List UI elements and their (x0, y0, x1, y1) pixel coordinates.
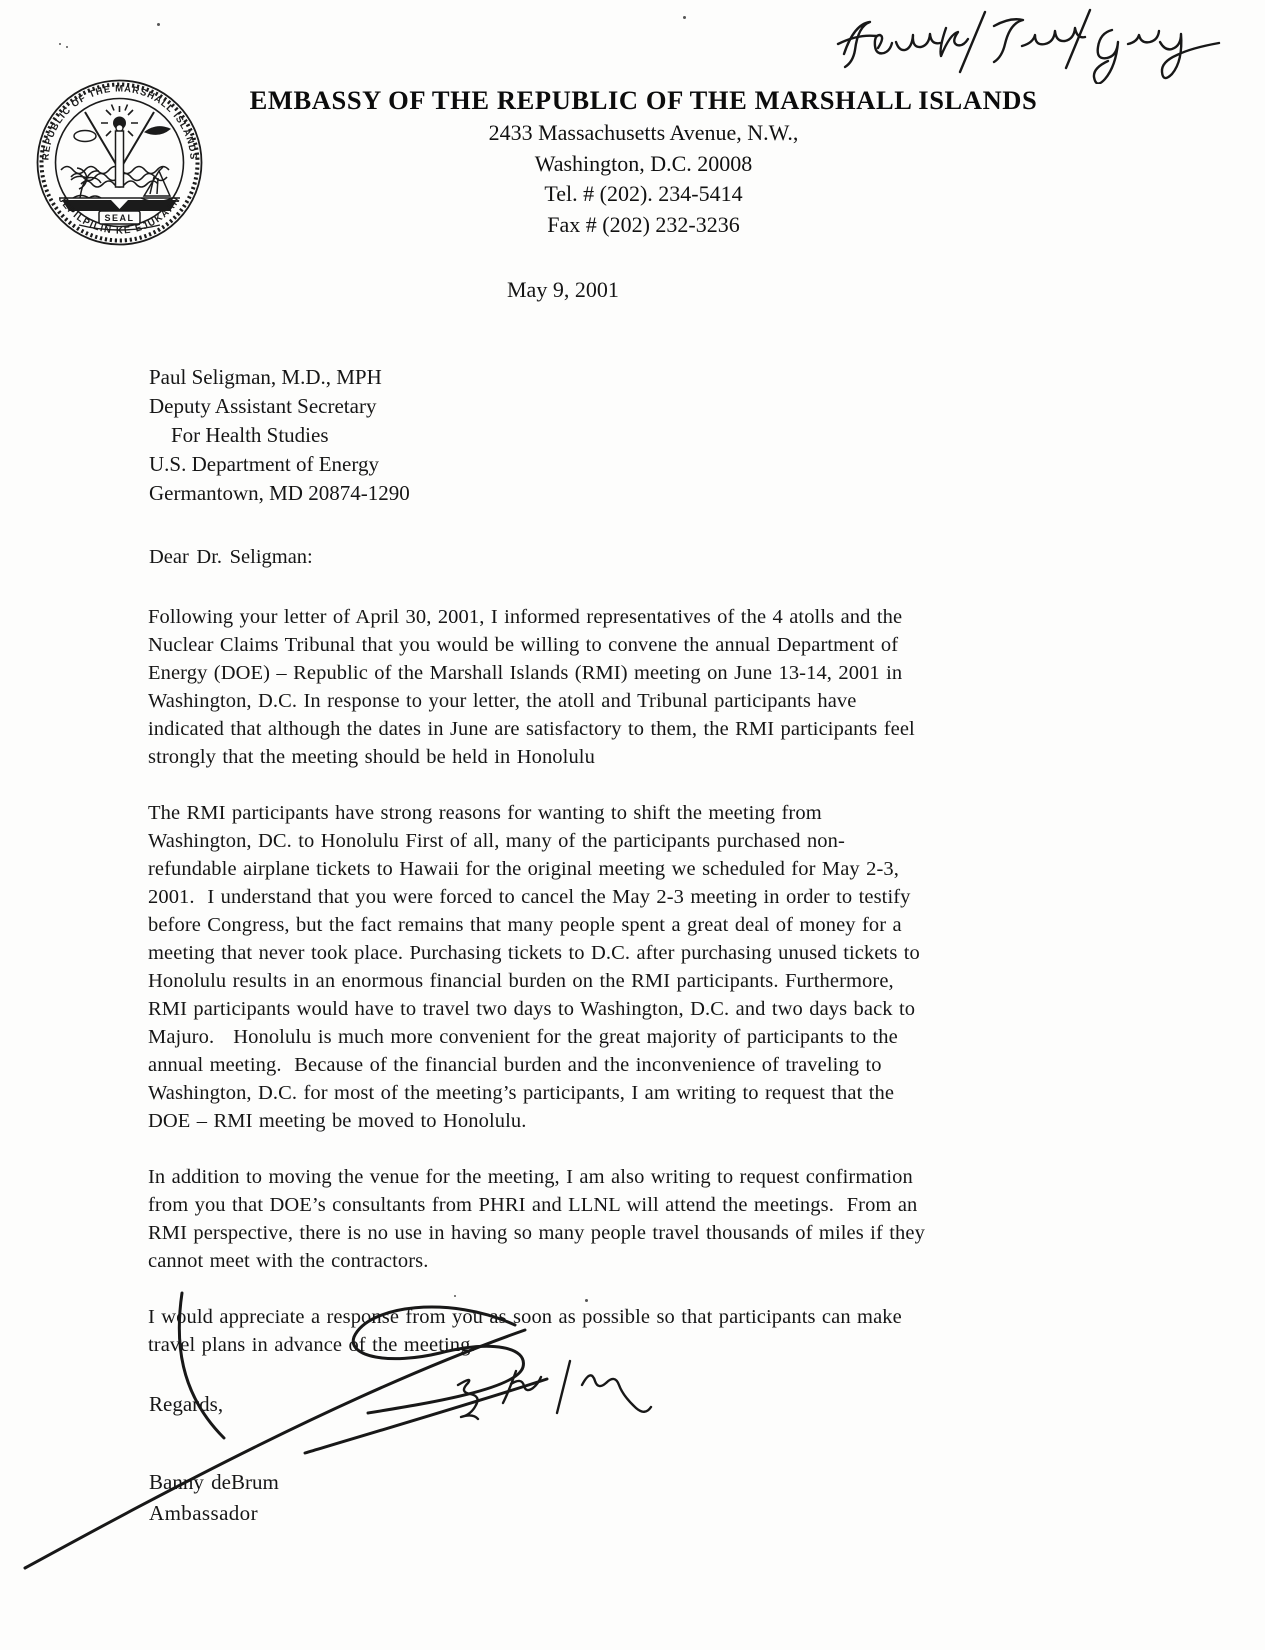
text-line: RMI participants would have to travel tw… (148, 995, 1048, 1023)
recipient-address-line: Paul Seligman, M.D., MPH (149, 363, 410, 392)
text-line: RMI perspective, there is no use in havi… (148, 1219, 1048, 1247)
letter-paragraph: Following your letter of April 30, 2001,… (148, 603, 1048, 771)
text-line: Energy (DOE) – Republic of the Marshall … (148, 659, 1048, 687)
text-line: indicated that although the dates in Jun… (148, 715, 1048, 743)
letter-paragraph: In addition to moving the venue for the … (148, 1163, 1048, 1275)
text-line: Majuro. Honolulu is much more convenient… (148, 1023, 1048, 1051)
letter-date: May 9, 2001 (507, 277, 619, 303)
text-line: annual meeting. Because of the financial… (148, 1051, 1048, 1079)
letterhead-address-line: Washington, D.C. 20008 (11, 149, 1265, 180)
letter-paragraph: I would appreciate a response from you a… (148, 1303, 1048, 1359)
recipient-address-line: Germantown, MD 20874-1290 (149, 479, 410, 508)
signer-title: Ambassador (149, 1501, 258, 1526)
closing: Regards, (149, 1392, 223, 1417)
recipient-address-line: For Health Studies (149, 421, 410, 450)
text-line: Washington, D.C. for most of the meeting… (148, 1079, 1048, 1107)
text-line: strongly that the meeting should be held… (148, 743, 1048, 771)
text-line: Honolulu results in an enormous financia… (148, 967, 1048, 995)
scan-speck (157, 23, 160, 26)
letter-paragraph: The RMI participants have strong reasons… (148, 799, 1048, 1135)
recipient-address-line: U.S. Department of Energy (149, 450, 410, 479)
letterhead-title: EMBASSY OF THE REPUBLIC OF THE MARSHALL … (11, 84, 1265, 116)
letterhead-address-line: Fax # (202) 232-3236 (11, 210, 1265, 241)
scan-speck (59, 43, 61, 45)
text-line: Washington, D.C. In response to your let… (148, 687, 1048, 715)
signer-name: Banny deBrum (149, 1470, 279, 1495)
text-line: from you that DOE’s consultants from PHR… (148, 1191, 1048, 1219)
letterhead-address-line: 2433 Massachusetts Avenue, N.W., (11, 118, 1265, 149)
letterhead-text: EMBASSY OF THE REPUBLIC OF THE MARSHALL … (11, 84, 1265, 240)
text-line: Nuclear Claims Tribunal that you would b… (148, 631, 1048, 659)
text-line: cannot meet with the contractors. (148, 1247, 1048, 1275)
letterhead-address-line: Tel. # (202). 234-5414 (11, 179, 1265, 210)
salutation: Dear Dr. Seligman: (149, 546, 313, 569)
text-line: travel plans in advance of the meeting. (148, 1331, 1048, 1359)
text-line: before Congress, but the fact remains th… (148, 911, 1048, 939)
letter-body: Following your letter of April 30, 2001,… (148, 603, 1048, 1387)
text-line: The RMI participants have strong reasons… (148, 799, 1048, 827)
text-line: meeting that never took place. Purchasin… (148, 939, 1048, 967)
scanned-letter-page: SEAL REPUBLIC OF THE MARSHALL ISLANDS JE… (0, 0, 1265, 1650)
text-line: I would appreciate a response from you a… (148, 1303, 1048, 1331)
recipient-address-block: Paul Seligman, M.D., MPHDeputy Assistant… (149, 363, 410, 508)
text-line: In addition to moving the venue for the … (148, 1163, 1048, 1191)
text-line: refundable airplane tickets to Hawaii fo… (148, 855, 1048, 883)
text-line: Following your letter of April 30, 2001,… (148, 603, 1048, 631)
scan-speck (683, 16, 686, 19)
recipient-address-line: Deputy Assistant Secretary (149, 392, 410, 421)
scan-speck (66, 46, 68, 48)
text-line: Washington, DC. to Honolulu First of all… (148, 827, 1048, 855)
handwritten-routing-note (822, 2, 1222, 84)
letterhead-address: 2433 Massachusetts Avenue, N.W.,Washingt… (11, 118, 1265, 240)
text-line: DOE – RMI meeting be moved to Honolulu. (148, 1107, 1048, 1135)
text-line: 2001. I understand that you were forced … (148, 883, 1048, 911)
